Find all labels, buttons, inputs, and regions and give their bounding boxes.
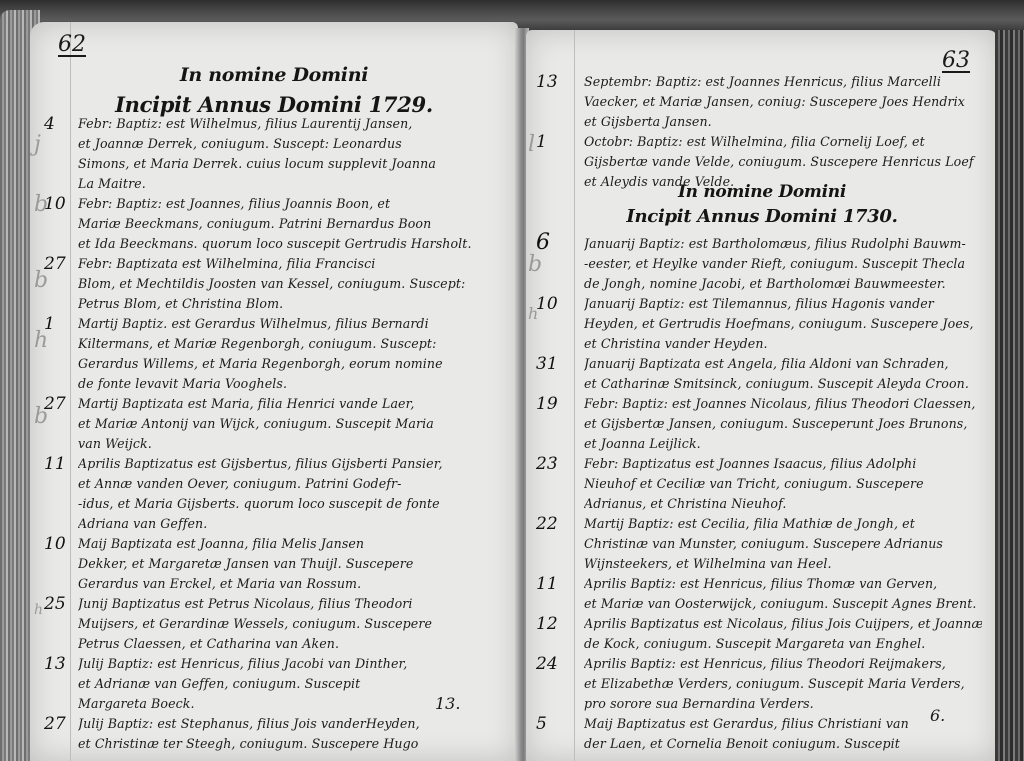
page-number: 62 [58, 32, 86, 57]
page-number: 63 [942, 48, 970, 73]
entry-text: Aprilis Baptizatus est Gijsbertus, filiu… [78, 454, 506, 534]
entry-day: 12 [536, 614, 568, 634]
left-page: 62 In nomine Domini Incipit Annus Domini… [30, 22, 518, 761]
entry-text: Martij Baptiz: est Cecilia, filia Mathiæ… [584, 514, 982, 574]
entry-day: 1 [536, 132, 568, 152]
entry-text: Febr: Baptizatus est Joannes Isaacus, fi… [584, 454, 982, 514]
entry-day: 1 [44, 314, 76, 334]
entry-day: 10 [44, 534, 76, 554]
entry-day: 6 [536, 230, 568, 255]
entry-day: 13 [536, 72, 568, 92]
entry-text: Januarij Baptiz: est Tilemannus, filius … [584, 294, 982, 354]
entry-day: 19 [536, 394, 568, 414]
entry-text: Maij Baptizatus est Gerardus, filius Chr… [584, 714, 982, 754]
right-page: 63 13 Septembr: Baptiz: est Joannes Henr… [526, 30, 998, 761]
entry-day: 13 [44, 654, 76, 674]
entry-text: Febr: Baptiz: est Wilhelmus, filius Laur… [78, 114, 506, 194]
entry-text: Martij Baptizata est Maria, filia Henric… [78, 394, 506, 454]
entry-text: Junij Baptizatus est Petrus Nicolaus, fi… [78, 594, 506, 654]
entry-text: Aprilis Baptiz: est Henricus, filius Tho… [584, 574, 982, 614]
entry-day: 11 [44, 454, 76, 474]
entry-text: Febr: Baptiz: est Joannes, filius Joanni… [78, 194, 506, 254]
entry-day: 24 [536, 654, 568, 674]
entry-day: 31 [536, 354, 568, 374]
entry-text: Febr: Baptiz: est Joannes Nicolaus, fili… [584, 394, 982, 454]
entry-text: Martij Baptiz. est Gerardus Wilhelmus, f… [78, 314, 506, 394]
folio-note: 6. [930, 706, 945, 725]
entry-day: 5 [536, 714, 568, 734]
entry-day: 11 [536, 574, 568, 594]
entry-day: 27 [44, 254, 76, 274]
entry-text: Januarij Baptizata est Angela, filia Ald… [584, 354, 982, 394]
margin-note: j [34, 132, 41, 157]
margin-rule [574, 30, 575, 761]
entry-text: Septembr: Baptiz: est Joannes Henricus, … [584, 72, 982, 132]
entry-day: 10 [536, 294, 568, 314]
entry-text: Januarij Baptiz: est Bartholomæus, filiu… [584, 234, 982, 294]
margin-note: l [528, 132, 535, 157]
entry-text: Julij Baptiz: est Stephanus, filius Jois… [78, 714, 506, 754]
entry-day: 4 [44, 114, 76, 134]
entry-text: Aprilis Baptizatus est Nicolaus, filius … [584, 614, 982, 654]
margin-note: h [34, 602, 43, 618]
entry-day: 10 [44, 194, 76, 214]
entry-day: 22 [536, 514, 568, 534]
margin-note: b [528, 252, 542, 277]
entry-day: 27 [44, 394, 76, 414]
entry-text: Febr: Baptizata est Wilhelmina, filia Fr… [78, 254, 506, 314]
heading-in-nomine-domini: In nomine Domini [30, 64, 518, 86]
heading-incipit-annus: Incipit Annus Domini 1730. [526, 206, 998, 227]
folio-note: 13. [435, 694, 460, 713]
book-scan: 62 In nomine Domini Incipit Annus Domini… [0, 0, 1024, 761]
heading-in-nomine-domini: In nomine Domini [526, 182, 998, 202]
entry-text: Aprilis Baptiz: est Henricus, filius The… [584, 654, 982, 714]
entry-day: 27 [44, 714, 76, 734]
entry-text: Maij Baptizata est Joanna, filia Melis J… [78, 534, 506, 594]
entry-day: 25 [44, 594, 76, 614]
book-edge-right [995, 30, 1024, 761]
entry-day: 23 [536, 454, 568, 474]
